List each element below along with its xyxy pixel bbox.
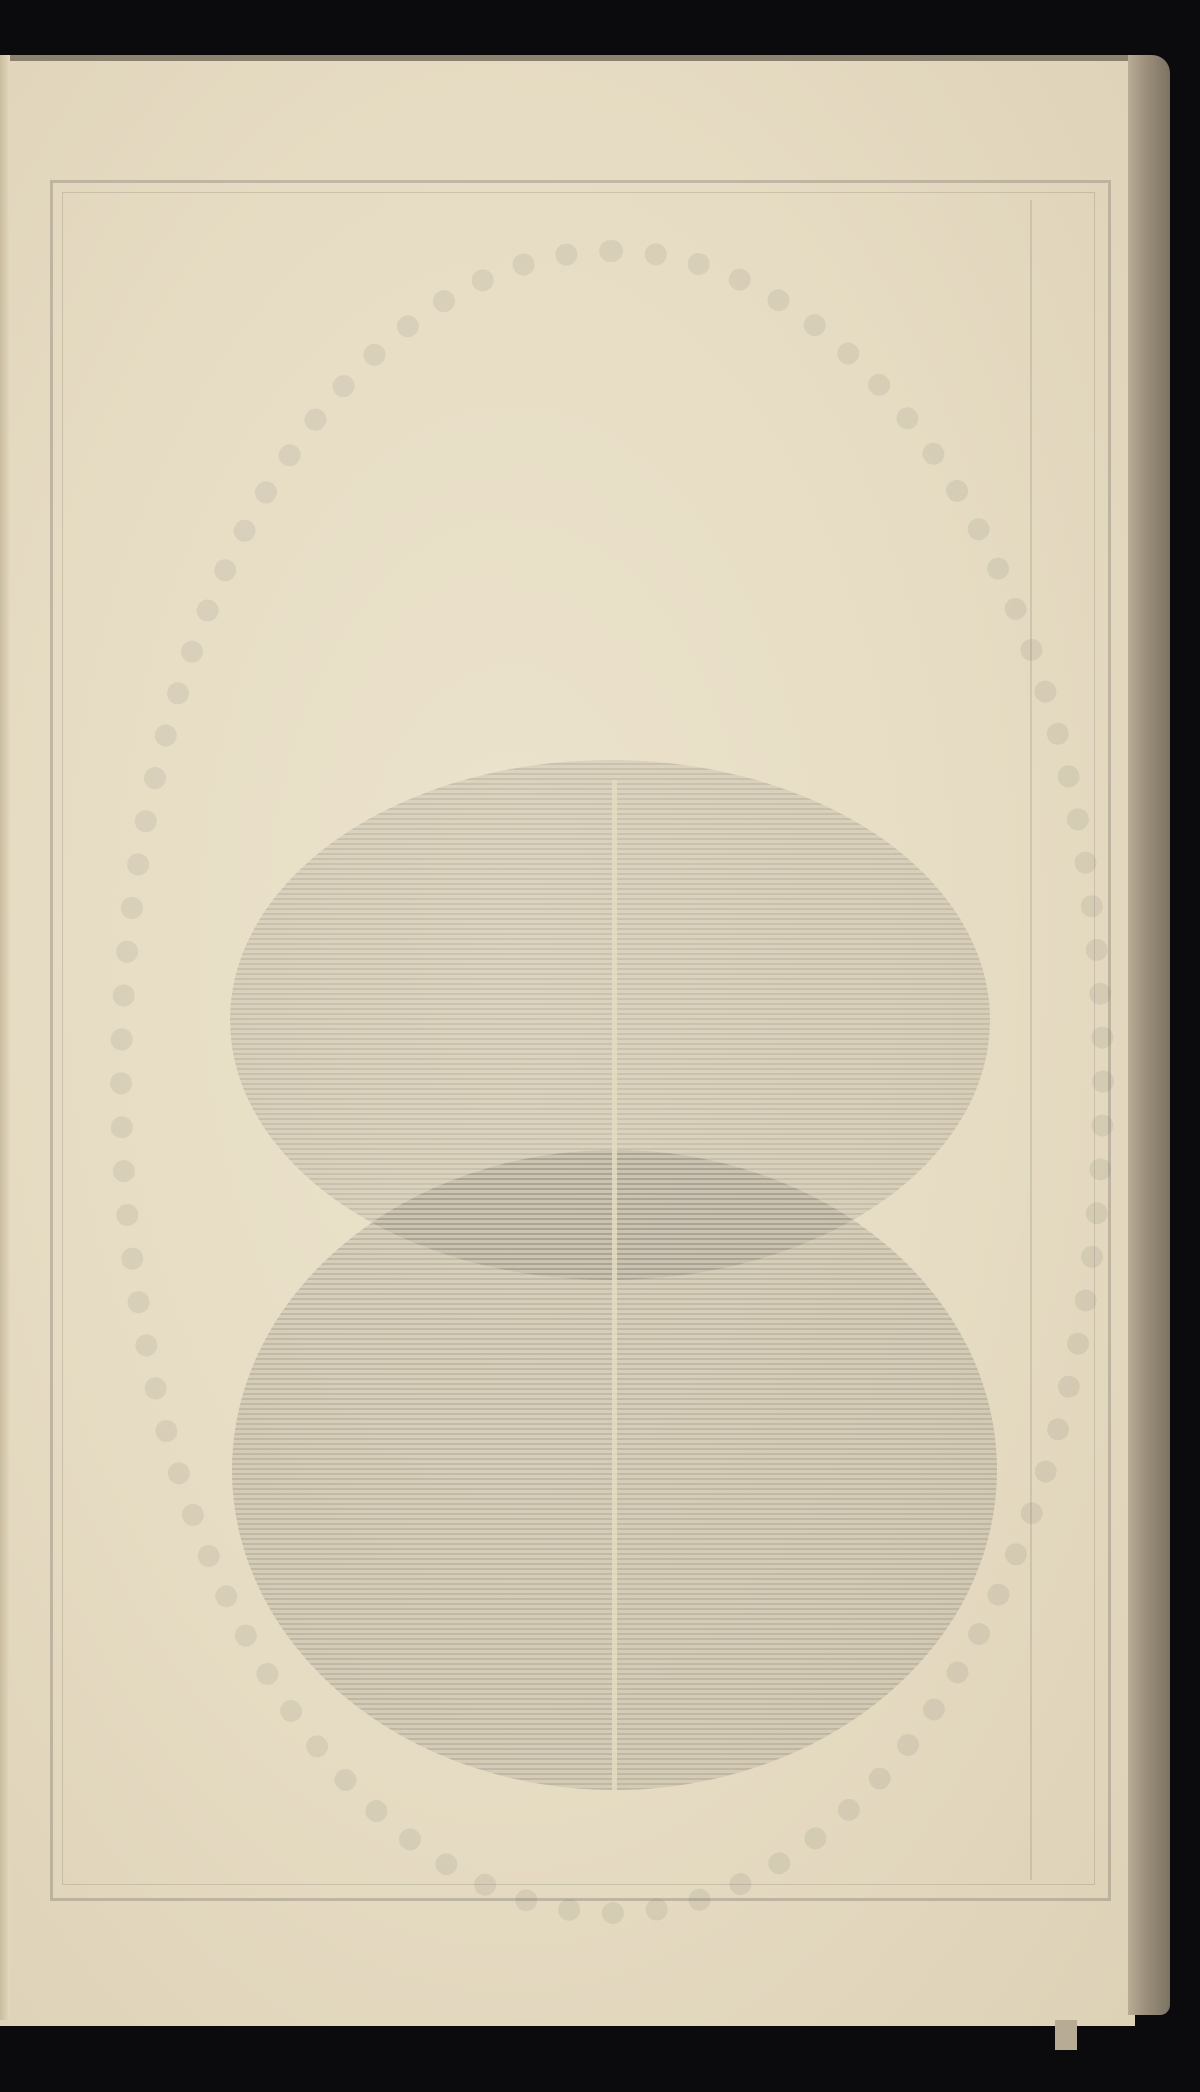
fold-line (612, 780, 617, 1790)
page-gutter-edge (0, 55, 10, 2020)
book-spine-edge (1128, 55, 1170, 2015)
page-tab (1055, 2020, 1077, 2050)
